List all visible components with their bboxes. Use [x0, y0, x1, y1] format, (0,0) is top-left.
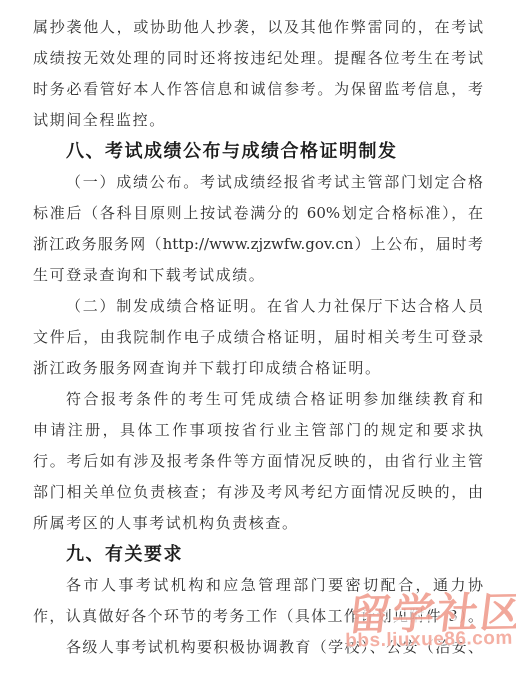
text-line: 浙江政务服务网查询并下载打印成绩合格证明。 [33, 353, 483, 384]
text-line: 申请注册，具体工作事项按省行业主管部门的规定和要求执 [33, 415, 483, 446]
text-line: 作，认真做好各个环节的考务工作（具体工作计划见附件 3）。 [33, 601, 483, 632]
text-line: （二）制发成绩合格证明。在省人力社保厅下达合格人员 [33, 291, 483, 322]
text-line: 各级人事考试机构要积极协调教育（学校）、公安（治安、 [33, 632, 483, 663]
text-line: 试期间全程监控。 [33, 105, 483, 136]
text-line: 所属考区的人事考试机构负责核查。 [33, 508, 483, 539]
text-line: 属抄袭他人，或协助他人抄袭，以及其他作弊雷同的，在考试 [33, 12, 483, 43]
document-body: 属抄袭他人，或协助他人抄袭，以及其他作弊雷同的，在考试成绩按无效处理的同时还将按… [33, 12, 483, 663]
section-heading: 八、考试成绩公布与成绩合格证明制发 [33, 136, 483, 167]
text-line: 标准后（各科目原则上按试卷满分的 60%划定合格标准），在 [33, 198, 483, 229]
section-heading: 九、有关要求 [33, 539, 483, 570]
text-line: 成绩按无效处理的同时还将按违纪处理。提醒各位考生在考试 [33, 43, 483, 74]
text-line: 时务必看管好本人作答信息和诚信参考。为保留监考信息，考 [33, 74, 483, 105]
text-line: 各市人事考试机构和应急管理部门要密切配合，通力协 [33, 570, 483, 601]
text-line: 生可登录查询和下载考试成绩。 [33, 260, 483, 291]
text-line: 文件后，由我院制作电子成绩合格证明，届时相关考生可登录 [33, 322, 483, 353]
document-page: { "page": { "background": "#ffffff", "te… [0, 0, 516, 676]
text-line: 行。考后如有涉及报考条件等方面情况反映的，由省行业主管 [33, 446, 483, 477]
text-line: 浙江政务服务网（http://www.zjzwfw.gov.cn）上公布，届时考 [33, 229, 483, 260]
text-line: 部门相关单位负责核查；有涉及考风考纪方面情况反映的，由 [33, 477, 483, 508]
text-line: （一）成绩公布。考试成绩经报省考试主管部门划定合格 [33, 167, 483, 198]
text-line: 符合报考条件的考生可凭成绩合格证明参加继续教育和 [33, 384, 483, 415]
